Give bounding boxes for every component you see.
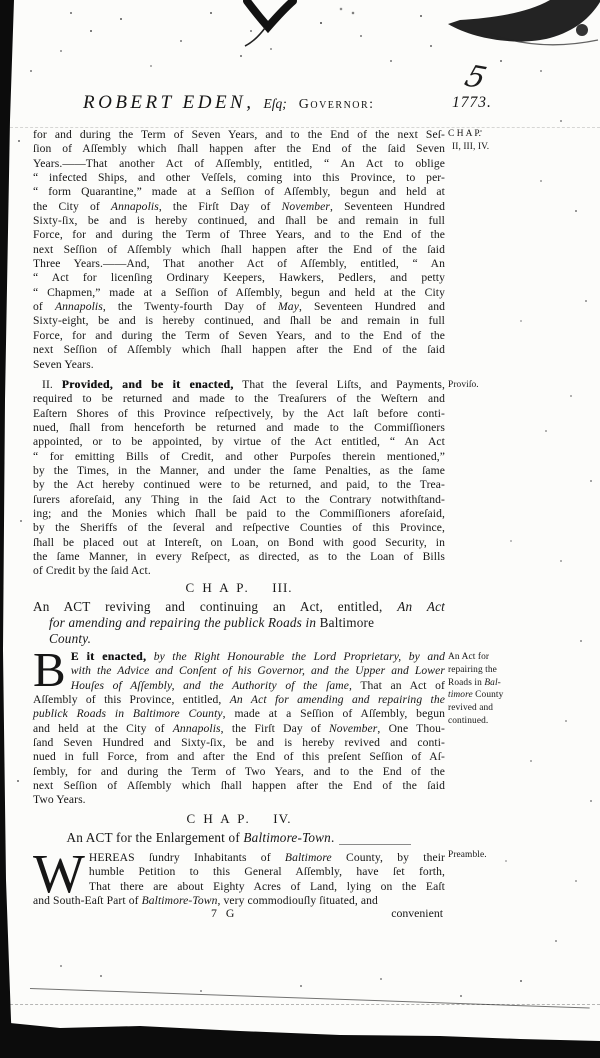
act-4-title: An ACT for the Enlargement of Baltimore-…	[33, 830, 445, 846]
text-line: nued, ſhall from henceforth be returned …	[33, 421, 445, 435]
underline-flourish	[339, 844, 411, 845]
text-line: Eaſtern Shores of this Province reſpecti…	[33, 407, 445, 421]
text-line: Two Years.	[33, 793, 445, 807]
text-line: Roads in Bal-	[448, 677, 542, 690]
text-line: and held at the City of Annapolis, the F…	[33, 722, 445, 736]
year-label: 1773.	[452, 94, 492, 112]
chapter-heading-3: C H A P.III.	[33, 580, 445, 596]
text-line: Force, for and during the Term of Three …	[33, 228, 445, 242]
paragraph-continuation: for and during the Term of Seven Years, …	[33, 128, 445, 372]
text-line: of Annapolis, the Twenty-fourth Day of M…	[33, 300, 445, 314]
text-line: timore County	[448, 689, 542, 702]
smudge-top-right-icon	[430, 0, 600, 60]
text-line: Sixty-eight, be and is hereby continued,…	[33, 314, 445, 328]
text-line: “ Chapmen,” made at a Seſſion of Aſſembl…	[33, 286, 445, 300]
scan-edge-bottom	[0, 1014, 600, 1058]
margin-note-line: II, III, IV.	[448, 141, 542, 154]
governor-title: Governor:	[299, 97, 375, 113]
text-line: Force, for and during the Term of Seven …	[33, 329, 445, 343]
chapter-label: C H A P.	[186, 811, 251, 826]
text-line: by the Times, in the Manner, and under t…	[33, 464, 445, 478]
paragraph-act-4: W HEREAS ſundry Inhabitants of Baltimore…	[33, 851, 445, 908]
text-line: appointed, or to be appointed, by virtue…	[33, 435, 445, 449]
chapter-numeral: III.	[272, 580, 292, 595]
margin-note-preamble: Preamble.	[448, 849, 542, 862]
text-line: ſand Seven Hundred and Sixty-ſix, be and…	[33, 736, 445, 750]
handwritten-page-number: 5	[461, 59, 491, 96]
paragraph-section-2: II. Provided, and be it enacted, That th…	[33, 378, 445, 579]
press-signature: 7 G	[211, 906, 237, 921]
act-4-title-text: An ACT for the Enlargement of Baltimore-…	[67, 830, 335, 845]
chapter-numeral: IV.	[273, 811, 291, 826]
text-line: Years.——That another Act of Aſſembly, en…	[33, 157, 445, 171]
text-line: for amending and repairing the publick R…	[33, 615, 445, 631]
running-header: ROBERT EDEN, Eſq; Governor:	[33, 92, 445, 114]
text-line: ing; and the Monies which ſhall be paid …	[33, 507, 445, 521]
scanned-document-page: 5 ROBERT EDEN, Eſq; Governor: 1773. C H …	[0, 0, 600, 1058]
signature-row: 7 G convenient	[33, 906, 445, 920]
text-line: E it enacted, by the Right Honourable th…	[33, 650, 445, 664]
margin-note-act3: An Act forrepairing theRoads in Bal-timo…	[448, 651, 542, 728]
chapter-label: C H A P.	[185, 580, 250, 595]
text-line: An Act for	[448, 651, 542, 664]
text-line: next Seſſion of Aſſembly which ſhall hap…	[33, 343, 445, 357]
text-line: An ACT reviving and continuing an Act, e…	[33, 599, 445, 615]
text-line: County.	[33, 631, 445, 647]
text-line: “ infected Ships, and other Veſſels, com…	[33, 171, 445, 185]
text-line: for and during the Term of Seven Years, …	[33, 128, 445, 142]
text-line: ſembly, for and during the Term of Two Y…	[33, 765, 445, 779]
text-line: with the Advice and Conſent of his Gover…	[33, 664, 445, 678]
governor-esquire: Eſq;	[263, 96, 286, 112]
scan-edge-left	[0, 0, 16, 1058]
chapter-heading-4: C H A P.IV.	[33, 811, 445, 827]
margin-note-line: C H A P.	[448, 128, 542, 141]
paragraph-act-3-lines: E it enacted, by the Right Honourable th…	[33, 650, 445, 808]
text-line: required to be returned and made to the …	[33, 392, 445, 406]
text-line: ſurers aforeſaid, any Thing in the ſaid …	[33, 493, 445, 507]
governor-name: ROBERT EDEN,	[83, 92, 254, 114]
text-line: continued.	[448, 715, 542, 728]
text-line: publick Roads in Baltimore County, made …	[33, 707, 445, 721]
text-line: next Seſſion of Aſſembly which ſhall hap…	[33, 243, 445, 257]
drop-cap: W	[33, 851, 89, 894]
scan-artifact-line-bottom	[0, 1004, 600, 1005]
ink-blot-mark-icon	[235, 0, 305, 52]
text-line: of Credit by the ſaid Act.	[33, 564, 445, 578]
text-line: the City of Annapolis, the Firſt Day of …	[33, 200, 445, 214]
paragraph-act-4-lines: HEREAS ſundry Inhabitants of Baltimore C…	[33, 851, 445, 908]
text-line: the ſame Manner, in every Reſpect, as di…	[33, 550, 445, 564]
catchword: convenient	[391, 906, 443, 921]
text-line: Houſes of Aſſembly, and the Authority of…	[33, 679, 445, 693]
text-line: by the Sheriffs of the ſeveral and reſpe…	[33, 521, 445, 535]
margin-note-chapters: C H A P. II, III, IV.	[448, 128, 542, 154]
text-line: “ for emitting Bills of Credit, and othe…	[33, 450, 445, 464]
text-line: II. Provided, and be it enacted, That th…	[33, 378, 445, 392]
text-line: nued in full Force, from and after the E…	[33, 750, 445, 764]
text-line: Aſſembly of this Province, entitled, An …	[33, 693, 445, 707]
act-3-title: An ACT reviving and continuing an Act, e…	[33, 599, 445, 647]
text-line: next Seſſion of Aſſembly which ſhall hap…	[33, 779, 445, 793]
text-line: HEREAS ſundry Inhabitants of Baltimore C…	[33, 851, 445, 865]
text-line: “ form Quarantine,” made at a Seſſion of…	[33, 185, 445, 199]
text-line: ſhall be placed out at Intereſt, on Loan…	[33, 536, 445, 550]
drop-cap: B	[33, 650, 71, 693]
text-line: That there are about Eighty Acres of Lan…	[33, 880, 445, 894]
text-line: by the Act hereby continued were to be r…	[33, 478, 445, 492]
text-line: Seven Years.	[33, 358, 445, 372]
text-line: repairing the	[448, 664, 542, 677]
paragraph-act-3: B E it enacted, by the Right Honourable …	[33, 650, 445, 808]
text-line: Sixty-ſix, be and is hereby continued, a…	[33, 214, 445, 228]
margin-note-proviso: Proviſo.	[448, 379, 542, 392]
text-line: humble Petition to this General Aſſembly…	[33, 865, 445, 879]
text-line: ſion of Aſſembly which ſhall happen afte…	[33, 142, 445, 156]
text-line: “ Act for licenſing Ordinary Keepers, Ha…	[33, 271, 445, 285]
text-line: Three Years.——And, That another Act of A…	[33, 257, 445, 271]
page-deckle-edge	[30, 988, 590, 1009]
text-line: revived and	[448, 702, 542, 715]
